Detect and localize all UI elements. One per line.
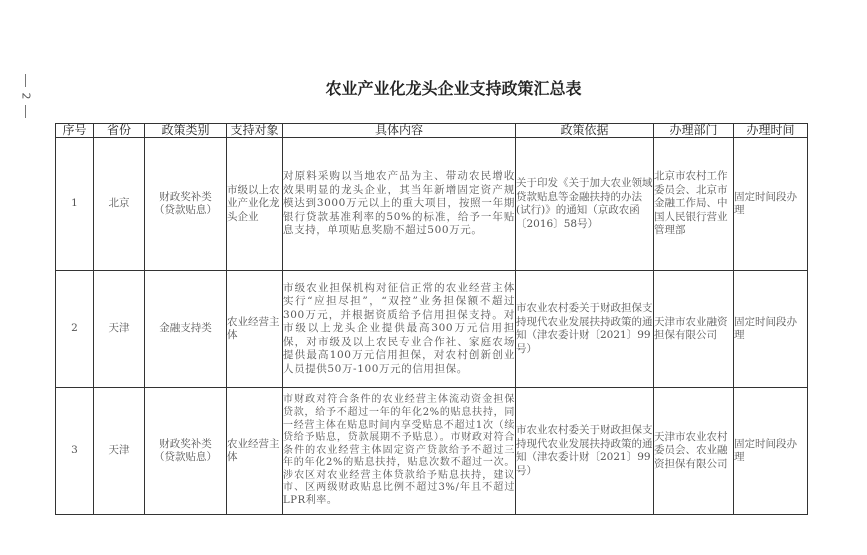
table-header-row: 序号 省份 政策类别 支持对象 具体内容 政策依据 办理部门 办理时间 xyxy=(56,124,808,138)
cell-content: 市财政对符合条件的农业经营主体流动资金担保贷款，给予不超过一年的年化2%的贴息扶… xyxy=(283,388,516,515)
cell-basis: 关于印发《关于加大农业领域贷款贴息等金融扶持的办法(试行)》的通知（京政农函〔2… xyxy=(516,138,654,271)
header-target: 支持对象 xyxy=(227,124,283,138)
header-content: 具体内容 xyxy=(283,124,516,138)
header-no: 序号 xyxy=(56,124,94,138)
document-title: 农业产业化龙头企业支持政策汇总表 xyxy=(0,76,867,99)
page-marker-dash-bottom xyxy=(25,105,26,118)
cell-target: 农业经营主体 xyxy=(227,388,283,515)
table-row: 2 天津 金融支持类 农业经营主体 市级农业担保机构对征信正常的农业经营主体实行… xyxy=(56,271,808,388)
cell-time: 固定时间段办理 xyxy=(734,388,808,515)
cell-department: 北京市农村工作委员会、北京市金融工作局、中国人民银行营业管理部 xyxy=(654,138,734,271)
table-row: 3 天津 财政奖补类（贷款贴息） 农业经营主体 市财政对符合条件的农业经营主体流… xyxy=(56,388,808,515)
header-province: 省份 xyxy=(94,124,145,138)
policy-summary-table: 序号 省份 政策类别 支持对象 具体内容 政策依据 办理部门 办理时间 1 北京… xyxy=(55,123,808,515)
cell-department: 天津市农业融资担保有限公司 xyxy=(654,271,734,388)
cell-basis: 市农业农村委关于财政担保支持现代农业发展扶持政策的通知（津农委计财〔2021〕9… xyxy=(516,271,654,388)
cell-no: 2 xyxy=(56,271,94,388)
cell-category: 金融支持类 xyxy=(145,271,227,388)
cell-content: 对原料采购以当地农产品为主、带动农民增收效果明显的龙头企业，其当年新增固定资产规… xyxy=(283,138,516,271)
cell-target: 农业经营主体 xyxy=(227,271,283,388)
header-time: 办理时间 xyxy=(734,124,808,138)
cell-time: 固定时间段办理 xyxy=(734,138,808,271)
cell-province: 北京 xyxy=(94,138,145,271)
header-category: 政策类别 xyxy=(145,124,227,138)
cell-content: 市级农业担保机构对征信正常的农业经营主体实行“应担尽担”，“双控”业务担保额不超… xyxy=(283,271,516,388)
header-department: 办理部门 xyxy=(654,124,734,138)
cell-no: 3 xyxy=(56,388,94,515)
cell-department: 天津市农业农村委员会、农业融资担保有限公司 xyxy=(654,388,734,515)
cell-province: 天津 xyxy=(94,271,145,388)
cell-no: 1 xyxy=(56,138,94,271)
table-row: 1 北京 财政奖补类（贷款贴息） 市级以上农业产业化龙头企业 对原料采购以当地农… xyxy=(56,138,808,271)
cell-province: 天津 xyxy=(94,388,145,515)
cell-target: 市级以上农业产业化龙头企业 xyxy=(227,138,283,271)
cell-category: 财政奖补类（贷款贴息） xyxy=(145,138,227,271)
cell-basis: 市农业农村委关于财政担保支持现代农业发展扶持政策的通知（津农委计财〔2021〕9… xyxy=(516,388,654,515)
cell-time: 固定时间段办理 xyxy=(734,271,808,388)
header-basis: 政策依据 xyxy=(516,124,654,138)
cell-category: 财政奖补类（贷款贴息） xyxy=(145,388,227,515)
